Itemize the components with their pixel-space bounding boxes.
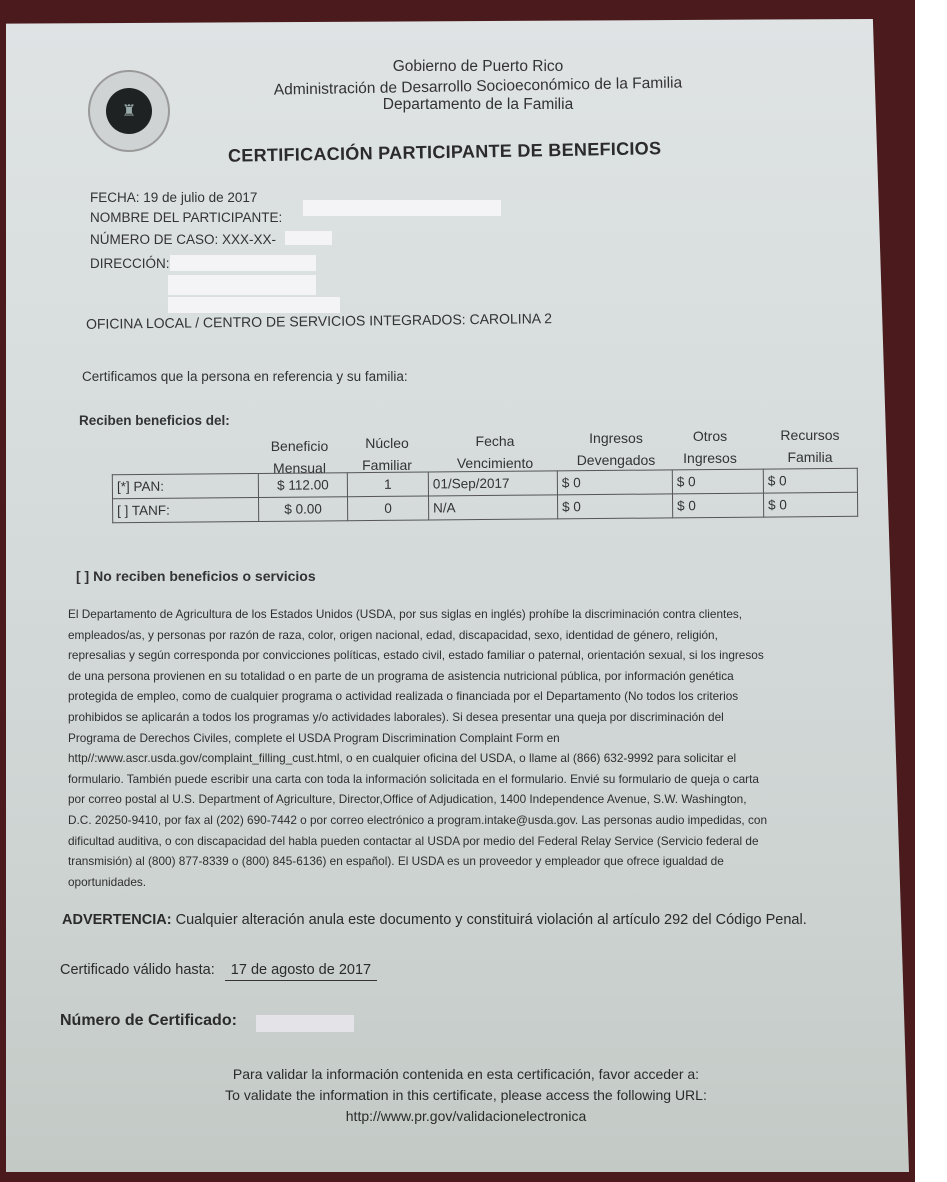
- column-header-nucleo: NúcleoFamiliar: [352, 432, 422, 476]
- redacted-address-line-1: [170, 255, 316, 271]
- usda-statement-line: formulario. También puede escribir una c…: [68, 769, 868, 790]
- benefits-heading: Reciben beneficios del:: [79, 413, 230, 428]
- fecha-field: FECHA: 19 de julio de 2017: [90, 190, 257, 205]
- header-government: Gobierno de Puerto Rico: [218, 58, 738, 76]
- warning-label: ADVERTENCIA:: [62, 912, 172, 928]
- usda-statement-line: D.C. 20250-9410, por fax al (202) 690-74…: [68, 810, 868, 831]
- validation-text-es: Para validar la información contenida en…: [186, 1064, 746, 1085]
- nombre-label: NOMBRE DEL PARTICIPANTE:: [90, 210, 282, 225]
- seal-shield: ♜: [106, 88, 152, 134]
- vencimiento-cell: 01/Sep/2017: [428, 471, 557, 496]
- recursos-cell: $ 0: [763, 468, 857, 493]
- usda-statement-line: transmisión) al (800) 877-8339 o (800) 8…: [68, 851, 868, 872]
- usda-statement-line: Programa de Derechos Civiles, complete e…: [68, 728, 868, 749]
- caso-value: XXX-XX-: [222, 232, 276, 247]
- direccion-field: DIRECCIÓN:: [90, 256, 170, 271]
- no-benefits-option: [ ] No reciben beneficios o servicios: [76, 568, 316, 584]
- caso-field: NÚMERO DE CASO: XXX-XX-: [90, 232, 276, 247]
- redacted-name: [303, 200, 501, 216]
- redacted-address-line-2: [168, 275, 316, 295]
- usda-statement-line: prohibidos se aplicarán a todos los prog…: [68, 707, 868, 728]
- warning-notice: ADVERTENCIA: Cualquier alteración anula …: [62, 912, 807, 928]
- validity-value: 17 de agosto de 2017: [225, 962, 377, 981]
- usda-statement-line: empleados/as, y personas por razón de ra…: [68, 625, 868, 646]
- validation-url[interactable]: http://www.pr.gov/validacionelectronica: [186, 1106, 746, 1127]
- fecha-value: 19 de julio de 2017: [143, 190, 257, 205]
- oficina-value: CAROLINA 2: [469, 310, 552, 327]
- fecha-label: FECHA:: [90, 190, 140, 205]
- beneficio-cell: $ 112.00: [258, 473, 347, 498]
- vencimiento-cell: N/A: [429, 495, 558, 520]
- otros-cell: $ 0: [672, 493, 763, 518]
- program-cell: [*] PAN:: [112, 473, 258, 498]
- benefits-table: [*] PAN: $ 112.00 1 01/Sep/2017 $ 0 $ 0 …: [112, 468, 858, 524]
- validity-field: Certificado válido hasta: 17 de agosto d…: [60, 962, 377, 978]
- certificate-number-label: Número de Certificado:: [60, 1012, 237, 1030]
- header-department: Departamento de la Familia: [218, 96, 738, 114]
- puerto-rico-seal-icon: ♜: [88, 70, 170, 152]
- usda-statement-line: El Departamento de Agricultura de los Es…: [68, 604, 868, 625]
- redacted-address-line-3: [168, 297, 340, 313]
- document-paper: [6, 12, 909, 1172]
- usda-statement-line: http//:www.ascr.usda.gov/complaint_filli…: [68, 748, 868, 769]
- warning-text: Cualquier alteración anula este document…: [176, 912, 807, 928]
- usda-statement-line: represalias y según corresponda por conv…: [68, 645, 868, 666]
- beneficio-cell: $ 0.00: [259, 497, 348, 522]
- redacted-case-number: [285, 231, 332, 245]
- redacted-certificate-number: [256, 1015, 354, 1032]
- validity-label: Certificado válido hasta:: [60, 962, 215, 978]
- column-header-otros: OtrosIngresos: [672, 425, 748, 469]
- direccion-label: DIRECCIÓN:: [90, 256, 170, 271]
- nucleo-cell: 0: [348, 496, 429, 521]
- validation-footer: Para validar la información contenida en…: [186, 1064, 746, 1127]
- usda-statement-line: dificultad auditiva, o con discapacidad …: [68, 831, 868, 852]
- recursos-cell: $ 0: [763, 492, 857, 517]
- usda-statement-line: por correo postal al U.S. Department of …: [68, 789, 868, 810]
- usda-statement-line: protegida de empleo, como de cualquier p…: [68, 686, 868, 707]
- usda-statement-line: oportunidades.: [68, 872, 868, 893]
- column-header-devengados: IngresosDevengados: [566, 427, 666, 471]
- usda-statement-line: de una persona provienen en su totalidad…: [68, 666, 868, 687]
- program-cell: [ ] TANF:: [113, 497, 259, 522]
- nombre-field: NOMBRE DEL PARTICIPANTE:: [90, 210, 282, 225]
- column-header-recursos: RecursosFamilia: [770, 424, 850, 468]
- devengados-cell: $ 0: [557, 494, 672, 519]
- usda-nondiscrimination-statement: El Departamento de Agricultura de los Es…: [68, 604, 868, 892]
- validation-text-en: To validate the information in this cert…: [186, 1085, 746, 1106]
- nucleo-cell: 1: [347, 472, 428, 497]
- otros-cell: $ 0: [672, 469, 763, 494]
- certify-text: Certificamos que la persona en referenci…: [82, 369, 408, 384]
- column-header-fecha: FechaVencimiento: [440, 430, 550, 474]
- devengados-cell: $ 0: [557, 470, 672, 495]
- caso-label: NÚMERO DE CASO:: [90, 232, 218, 247]
